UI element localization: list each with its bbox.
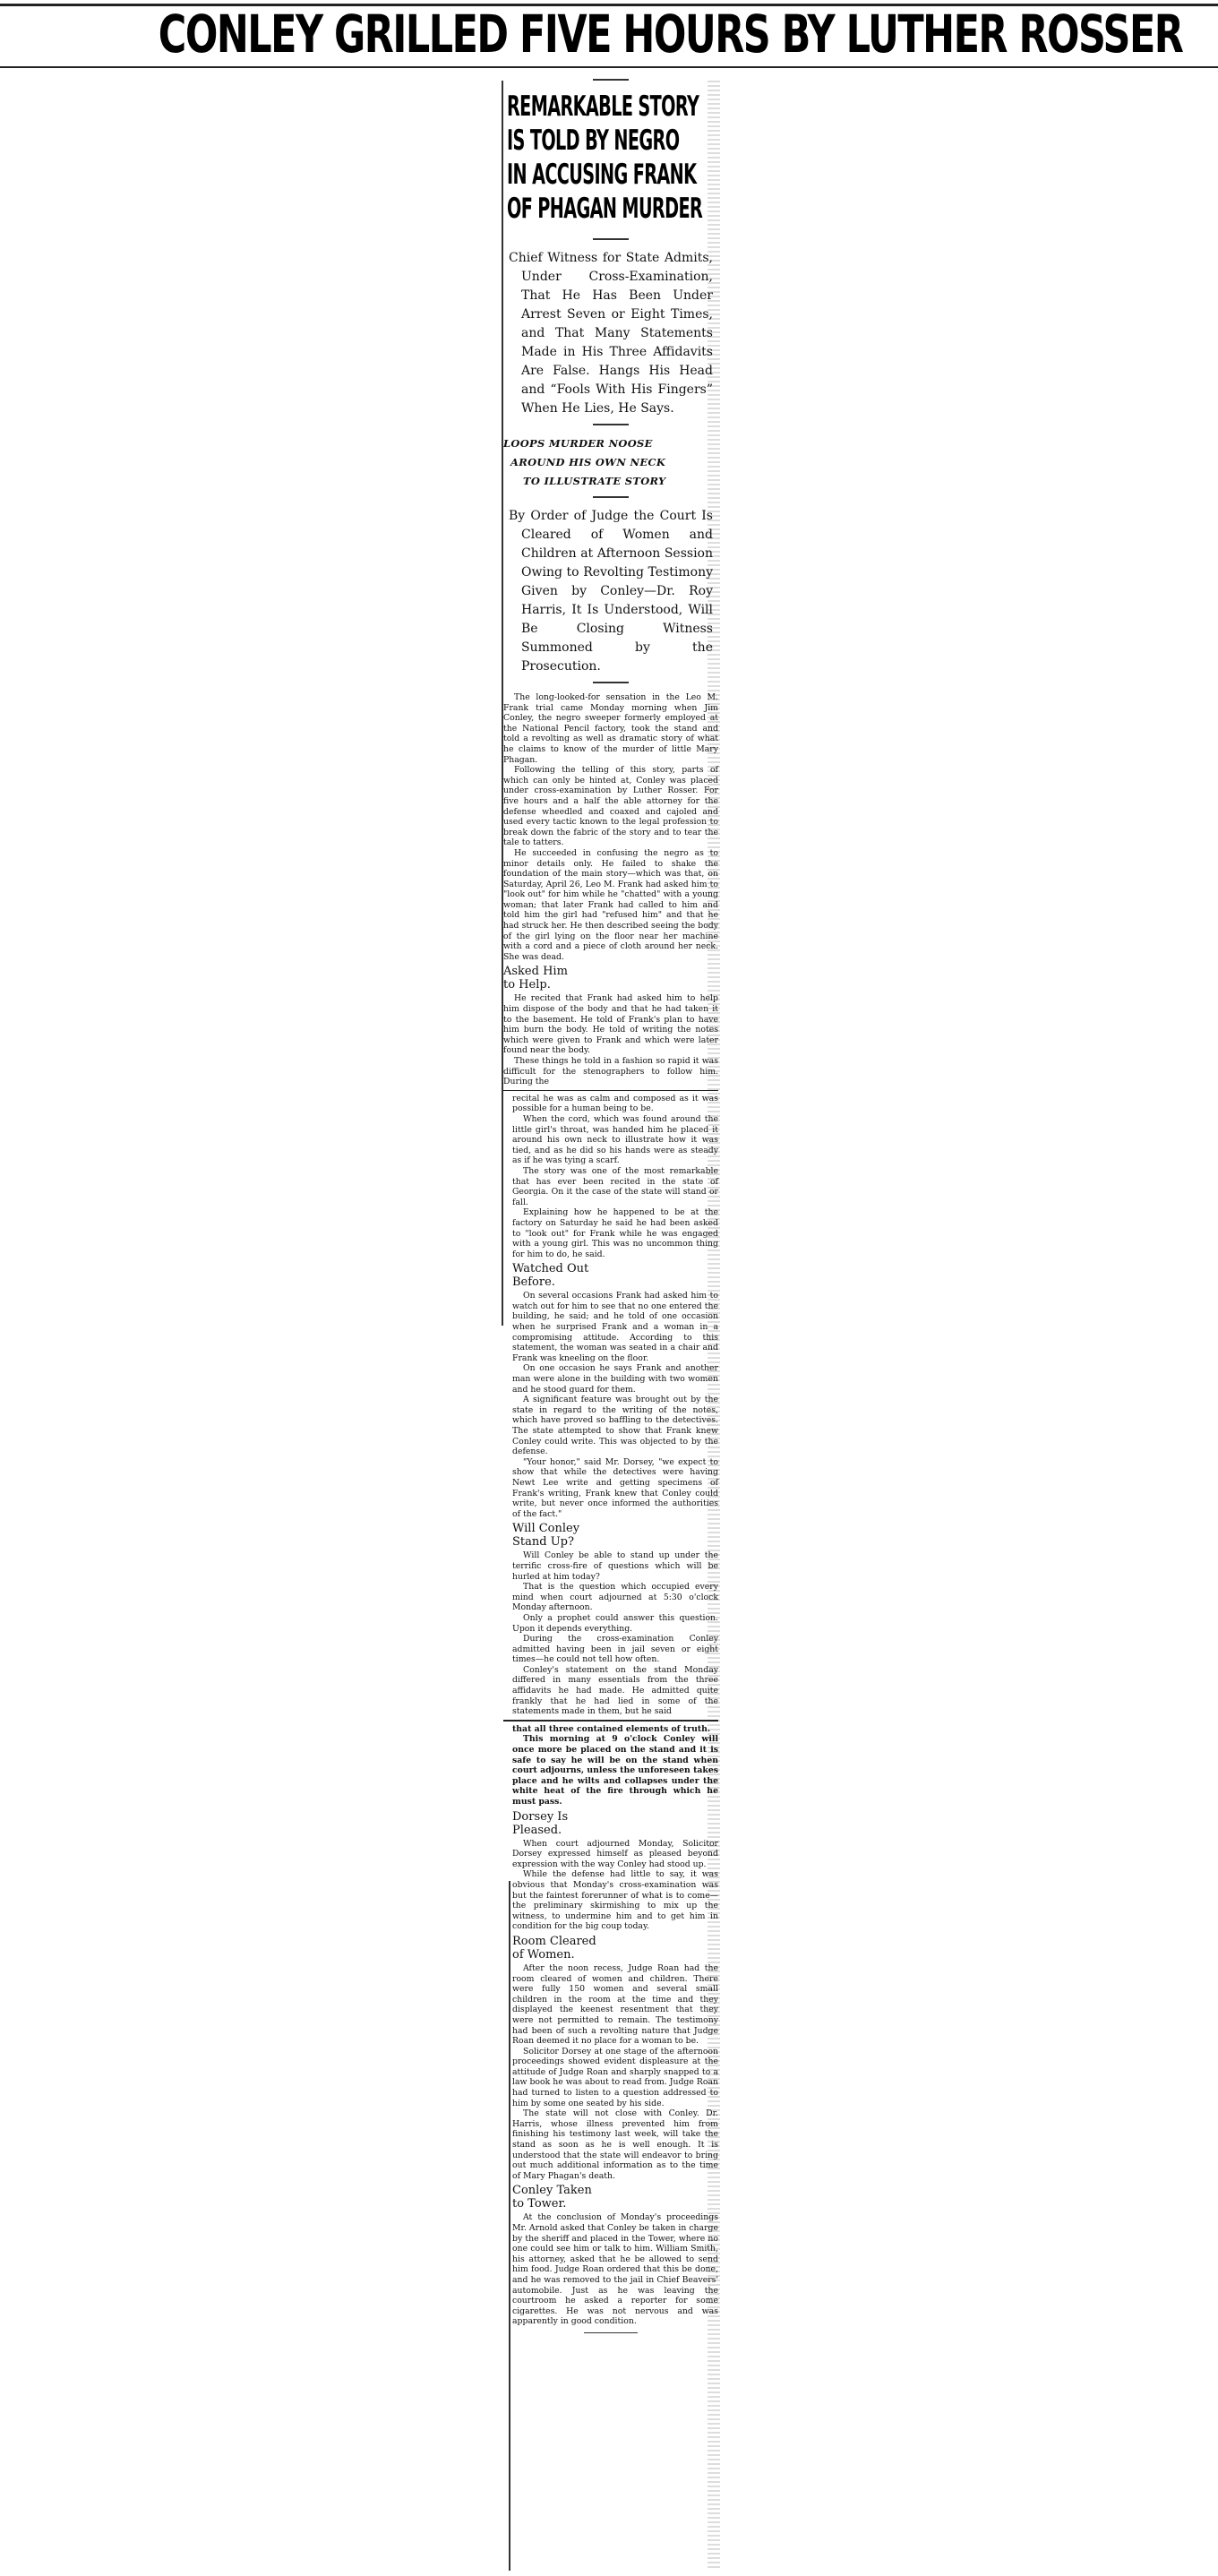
paragraph: These things he told in a fashion so rap… — [503, 1056, 718, 1087]
paragraph: The story was one of the most remarkable… — [512, 1166, 718, 1207]
subhead-watched-out-before: Watched Out Before. — [512, 1262, 718, 1289]
subhead-line: Room Cleared — [512, 1935, 718, 1948]
subhead-line: Before. — [512, 1275, 718, 1289]
paragraph: That is the question which occupied ever… — [512, 1582, 718, 1613]
banner-headline: CONLEY GRILLED FIVE HOURS BY LUTHER ROSS… — [159, 7, 1059, 61]
headline-line: REMARKABLE STORY — [507, 90, 712, 124]
paragraph: recital he was as calm and composed as i… — [512, 1094, 718, 1114]
subhead-line: of Women. — [512, 1948, 718, 1962]
subhead-line: to Tower. — [512, 2197, 718, 2211]
article-body-top: The long-looked-for sensation in the Leo… — [503, 692, 718, 1087]
paragraph: Solicitor Dorsey at one stage of the aft… — [512, 2047, 718, 2109]
paragraph: After the noon recess, Judge Roan had th… — [512, 1963, 718, 2047]
subhead-line: to Help. — [503, 978, 718, 992]
paragraph: During the cross-examination Conley admi… — [512, 1634, 718, 1665]
paragraph: He succeeded in confusing the negro as t… — [503, 848, 718, 963]
subhead-line: Asked Him — [503, 965, 718, 978]
paragraph: On several occasions Frank had asked him… — [512, 1291, 718, 1363]
subhead-line: Conley Taken — [512, 2184, 718, 2197]
subhead-line: Pleased. — [512, 1824, 718, 1837]
article-headline: REMARKABLE STORY IS TOLD BY NEGRO IN ACC… — [503, 90, 718, 233]
deck-italic: LOOPS MURDER NOOSE AROUND HIS OWN NECK T… — [503, 434, 718, 491]
column-break-rule — [503, 1720, 718, 1722]
article-body-bottom: that all three contained elements of tru… — [503, 1724, 718, 2327]
deck-italic-line: AROUND HIS OWN NECK — [503, 453, 718, 472]
subhead-conley-taken-to-tower: Conley Taken to Tower. — [512, 2184, 718, 2211]
deck-summary-3: By Order of Judge the Court Is Cleared o… — [505, 507, 713, 676]
deck-divider — [593, 238, 629, 240]
paragraph: While the defense had little to say, it … — [512, 1869, 718, 1932]
paragraph: "Your honor," said Mr. Dorsey, "we expec… — [512, 1457, 718, 1520]
subhead-line: Dorsey Is — [512, 1810, 718, 1824]
article-end-rule — [584, 2332, 638, 2333]
article-column: REMARKABLE STORY IS TOLD BY NEGRO IN ACC… — [503, 79, 718, 2342]
deck-divider — [593, 682, 629, 683]
subhead-dorsey-is-pleased: Dorsey Is Pleased. — [512, 1810, 718, 1837]
headline-line: OF PHAGAN MURDER — [507, 192, 712, 226]
subhead-room-cleared-of-women: Room Cleared of Women. — [512, 1935, 718, 1962]
paragraph: Following the telling of this story, par… — [503, 765, 718, 848]
paragraph: This morning at 9 o'clock Conley will on… — [512, 1734, 718, 1807]
subhead-line: Stand Up? — [512, 1535, 718, 1549]
paragraph: The long-looked-for sensation in the Leo… — [503, 692, 718, 765]
banner-bottom-rule — [0, 66, 1218, 68]
paragraph: Only a prophet could answer this questio… — [512, 1613, 718, 1634]
headline-line: IN ACCUSING FRANK — [507, 158, 712, 192]
paragraph: The state will not close with Conley. Dr… — [512, 2108, 718, 2181]
deck-italic-line: TO ILLUSTRATE STORY — [503, 472, 718, 491]
paragraph: A significant feature was brought out by… — [512, 1395, 718, 1457]
subhead-asked-him-to-help: Asked Him to Help. — [503, 965, 718, 992]
subhead-will-conley-stand-up: Will Conley Stand Up? — [512, 1522, 718, 1549]
paragraph: At the conclusion of Monday's proceeding… — [512, 2212, 718, 2327]
subhead-line: Watched Out — [512, 1262, 718, 1275]
deck-italic-line: LOOPS MURDER NOOSE — [503, 434, 718, 453]
paragraph: On one occasion he says Frank and anothe… — [512, 1363, 718, 1395]
deck-divider — [593, 496, 629, 498]
paragraph: When the cord, which was found around th… — [512, 1114, 718, 1166]
paragraph: that all three contained elements of tru… — [512, 1724, 718, 1735]
subhead-line: Will Conley — [512, 1522, 718, 1535]
deck-divider — [593, 424, 629, 425]
column-break-rule — [503, 1090, 718, 1091]
paragraph: Explaining how he happened to be at the … — [512, 1207, 718, 1259]
deck-summary-1: Chief Witness for State Admits, Under Cr… — [505, 249, 713, 418]
paragraph: When court adjourned Monday, Solicitor D… — [512, 1839, 718, 1870]
headline-top-rule — [593, 79, 629, 81]
paragraph: Will Conley be able to stand up under th… — [512, 1550, 718, 1582]
article-body-middle: recital he was as calm and composed as i… — [503, 1094, 718, 1717]
headline-line: IS TOLD BY NEGRO — [507, 124, 712, 158]
paragraph: He recited that Frank had asked him to h… — [503, 993, 718, 1056]
paragraph: Conley's statement on the stand Monday d… — [512, 1665, 718, 1717]
